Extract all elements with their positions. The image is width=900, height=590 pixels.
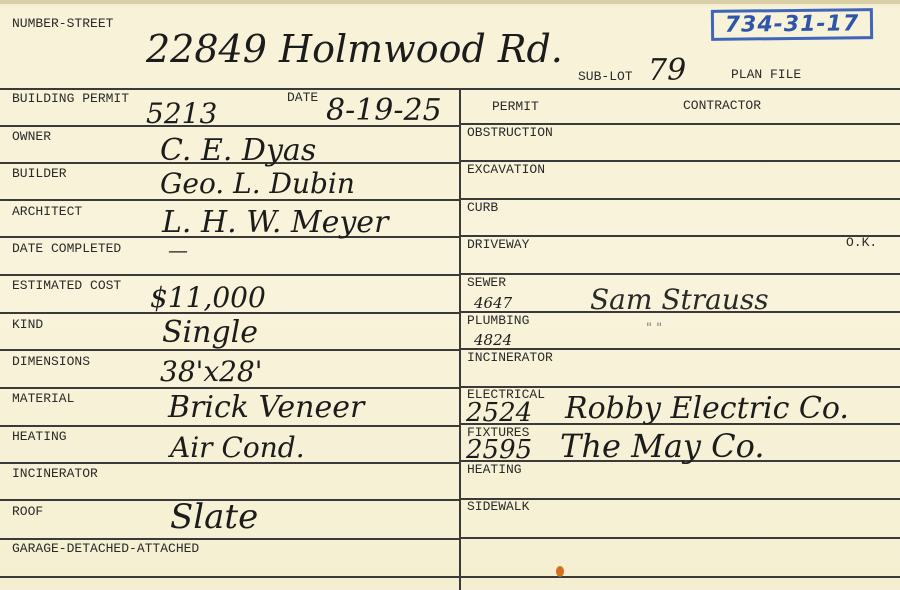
number-street-value: 22849 Holmwood Rd. (146, 30, 563, 68)
rule-top (0, 88, 900, 90)
sub-lot-label: SUB-LOT (578, 70, 633, 84)
plumbing-label: PLUMBING (467, 314, 529, 328)
column-divider (459, 88, 461, 590)
architect-label: ARCHITECT (12, 205, 82, 219)
electrical-contractor: Robby Electric Co. (565, 394, 849, 424)
driveway-status: O.K. (846, 236, 877, 250)
building-permit-value: 5213 (146, 100, 217, 128)
plumbing-permit: 4824 (474, 333, 512, 348)
date-completed-value: — (168, 240, 188, 260)
heating-value: Air Cond. (170, 434, 305, 462)
material-label: MATERIAL (12, 392, 74, 406)
incinerator-label: INCINERATOR (12, 467, 98, 481)
owner-value: C. E. Dyas (160, 136, 316, 166)
electrical-permit: 2524 (466, 400, 532, 426)
excavation-label: EXCAVATION (467, 163, 545, 177)
file-number-stamp: 734-31-17 (711, 8, 873, 41)
estimated-cost-value: $11,000 (150, 284, 266, 312)
rule-bottom (0, 576, 900, 578)
date-value: 8-19-25 (326, 96, 442, 126)
architect-value: L. H. W. Meyer (162, 208, 388, 238)
rule (0, 538, 460, 540)
rule (0, 274, 460, 276)
plumbing-contractor-ditto: " " (646, 322, 662, 335)
obstruction-label: OBSTRUCTION (467, 126, 553, 140)
permit-card: 734-31-17 NUMBER-STREET 22849 Holmwood R… (0, 0, 900, 590)
sewer-permit: 4647 (474, 296, 512, 311)
incinerator-permit-label: INCINERATOR (467, 351, 553, 365)
roof-label: ROOF (12, 505, 43, 519)
sidewalk-label: SIDEWALK (467, 500, 529, 514)
material-value: Brick Veneer (168, 393, 364, 423)
driveway-label: DRIVEWAY (467, 238, 529, 252)
builder-label: BUILDER (12, 167, 67, 181)
plan-file-label: PLAN FILE (731, 68, 801, 82)
permit-header: PERMIT (492, 100, 539, 114)
heating-permit-label: HEATING (467, 463, 522, 477)
stain-mark (556, 566, 564, 577)
dimensions-value: 38'x28' (160, 358, 262, 386)
rule (460, 273, 900, 275)
sewer-contractor: Sam Strauss (590, 286, 769, 314)
owner-label: OWNER (12, 130, 51, 144)
building-permit-label: BUILDING PERMIT (12, 92, 129, 106)
contractor-header: CONTRACTOR (683, 99, 761, 113)
curb-label: CURB (467, 201, 498, 215)
heating-label: HEATING (12, 430, 67, 444)
fixtures-permit: 2595 (466, 437, 532, 463)
date-label: DATE (287, 91, 318, 105)
date-completed-label: DATE COMPLETED (12, 242, 121, 256)
rule (460, 537, 900, 539)
dimensions-label: DIMENSIONS (12, 355, 90, 369)
rule (460, 198, 900, 200)
sewer-label: SEWER (467, 276, 506, 290)
card-top-edge (0, 0, 900, 4)
roof-value: Slate (170, 500, 258, 534)
builder-value: Geo. L. Dubin (160, 170, 355, 198)
sub-lot-value: 79 (648, 56, 686, 86)
kind-label: KIND (12, 318, 43, 332)
number-street-label: NUMBER-STREET (12, 17, 113, 31)
estimated-cost-label: ESTIMATED COST (12, 279, 121, 293)
garage-label: GARAGE-DETACHED-ATTACHED (12, 542, 199, 556)
rule (0, 425, 460, 427)
kind-value: Single (162, 318, 258, 348)
fixtures-contractor: The May Co. (560, 430, 765, 462)
